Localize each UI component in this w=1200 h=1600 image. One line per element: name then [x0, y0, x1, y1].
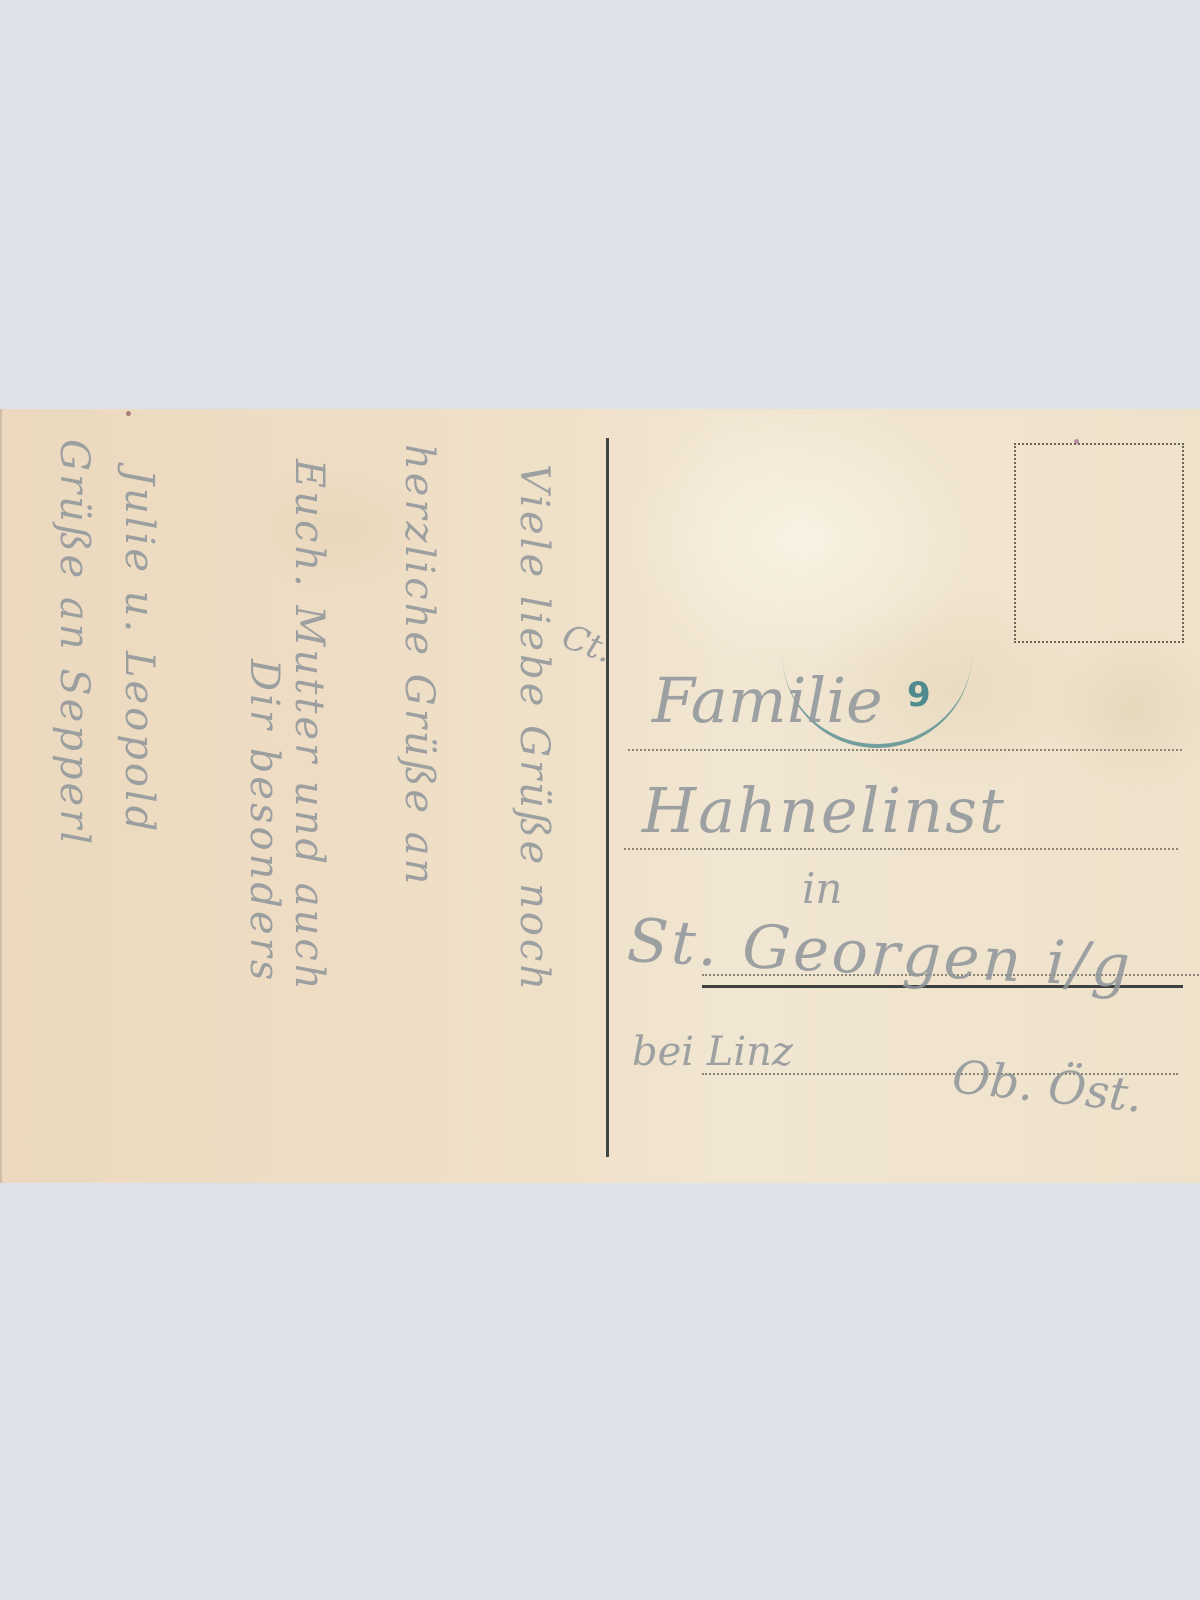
- postmark-number: 9: [907, 675, 931, 715]
- center-divider: [606, 438, 609, 1157]
- address-in: in: [802, 864, 842, 913]
- message-line-2: herzliche Grüße an: [396, 444, 442, 887]
- ink-speck: [126, 411, 131, 416]
- message-line-5: Julie u. Leopold: [116, 469, 162, 834]
- stamp-box: [1014, 443, 1184, 643]
- address-line-2: [624, 848, 1178, 850]
- address-line-1: [628, 749, 1182, 751]
- address-near: bei Linz: [632, 1029, 793, 1075]
- message-line-3: Euch. Mutter und auch: [286, 459, 332, 993]
- address-recipient: Familie: [652, 664, 883, 737]
- message-line-1: Viele liebe Grüße noch: [511, 464, 557, 993]
- message-line-4: Dir besonders: [241, 659, 287, 983]
- address-name: Hahnelinst: [642, 774, 1006, 847]
- message-line-6: Grüße an Sepperl: [51, 439, 97, 847]
- postcard: Viele liebe Grüße noch herzliche Grüße a…: [0, 409, 1200, 1183]
- address-region: Ob. Öst.: [950, 1049, 1145, 1123]
